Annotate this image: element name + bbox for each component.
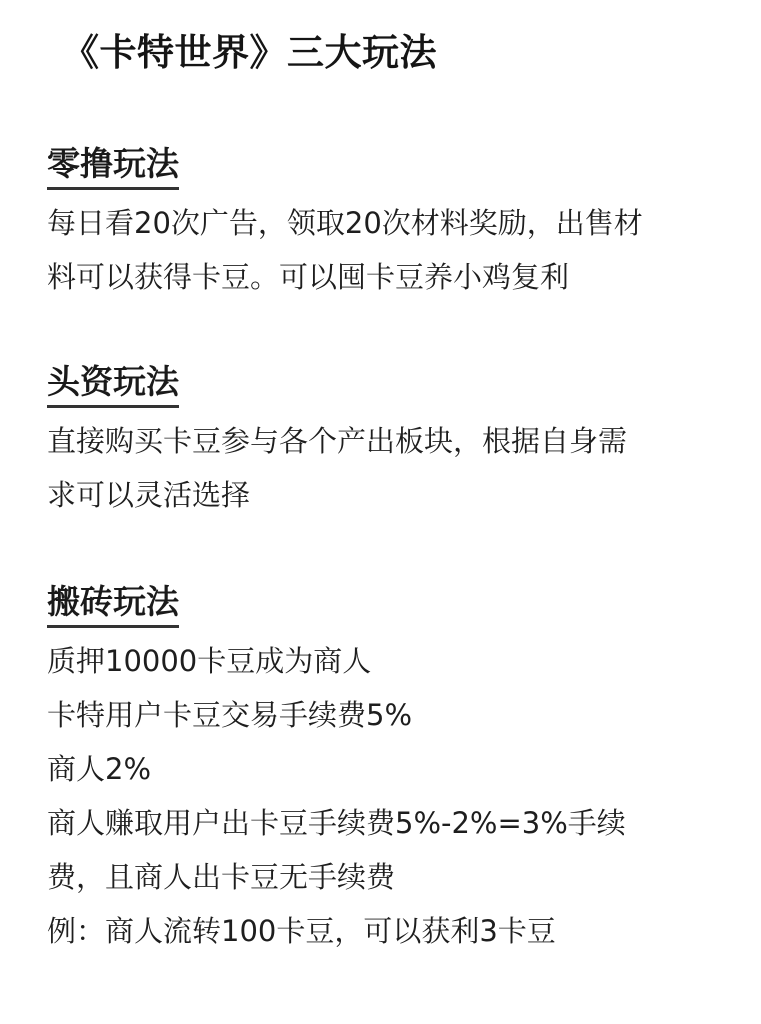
body-line: 料可以获得卡豆。可以囤卡豆养小鸡复利 bbox=[47, 250, 727, 304]
body-line: 卡特用户卡豆交易手续费5% bbox=[47, 688, 727, 742]
body-line: 求可以灵活选择 bbox=[47, 468, 727, 522]
body-line: 费，且商人出卡豆无手续费 bbox=[47, 850, 727, 904]
section-trading-play: 搬砖玩法 质押10000卡豆成为商人 卡特用户卡豆交易手续费5% 商人2% 商人… bbox=[47, 583, 727, 958]
body-line: 商人2% bbox=[47, 742, 727, 796]
page-title: 《卡特世界》三大玩法 bbox=[62, 22, 437, 76]
body-line: 每日看20次广告，领取20次材料奖励，出售材 bbox=[47, 196, 727, 250]
section-body: 每日看20次广告，领取20次材料奖励，出售材 料可以获得卡豆。可以囤卡豆养小鸡复… bbox=[47, 196, 727, 304]
body-line: 质押10000卡豆成为商人 bbox=[47, 634, 727, 688]
section-body: 直接购买卡豆参与各个产出板块，根据自身需 求可以灵活选择 bbox=[47, 414, 727, 522]
section-zero-cost-play: 零撸玩法 每日看20次广告，领取20次材料奖励，出售材 料可以获得卡豆。可以囤卡… bbox=[47, 145, 727, 304]
section-investment-play: 头资玩法 直接购买卡豆参与各个产出板块，根据自身需 求可以灵活选择 bbox=[47, 363, 727, 522]
body-line: 直接购买卡豆参与各个产出板块，根据自身需 bbox=[47, 414, 727, 468]
section-body: 质押10000卡豆成为商人 卡特用户卡豆交易手续费5% 商人2% 商人赚取用户出… bbox=[47, 634, 727, 958]
body-line: 例：商人流转100卡豆，可以获利3卡豆 bbox=[47, 904, 727, 958]
section-heading: 搬砖玩法 bbox=[47, 583, 179, 628]
section-heading: 零撸玩法 bbox=[47, 145, 179, 190]
section-heading: 头资玩法 bbox=[47, 363, 179, 408]
body-line: 商人赚取用户出卡豆手续费5%-2%=3%手续 bbox=[47, 796, 727, 850]
